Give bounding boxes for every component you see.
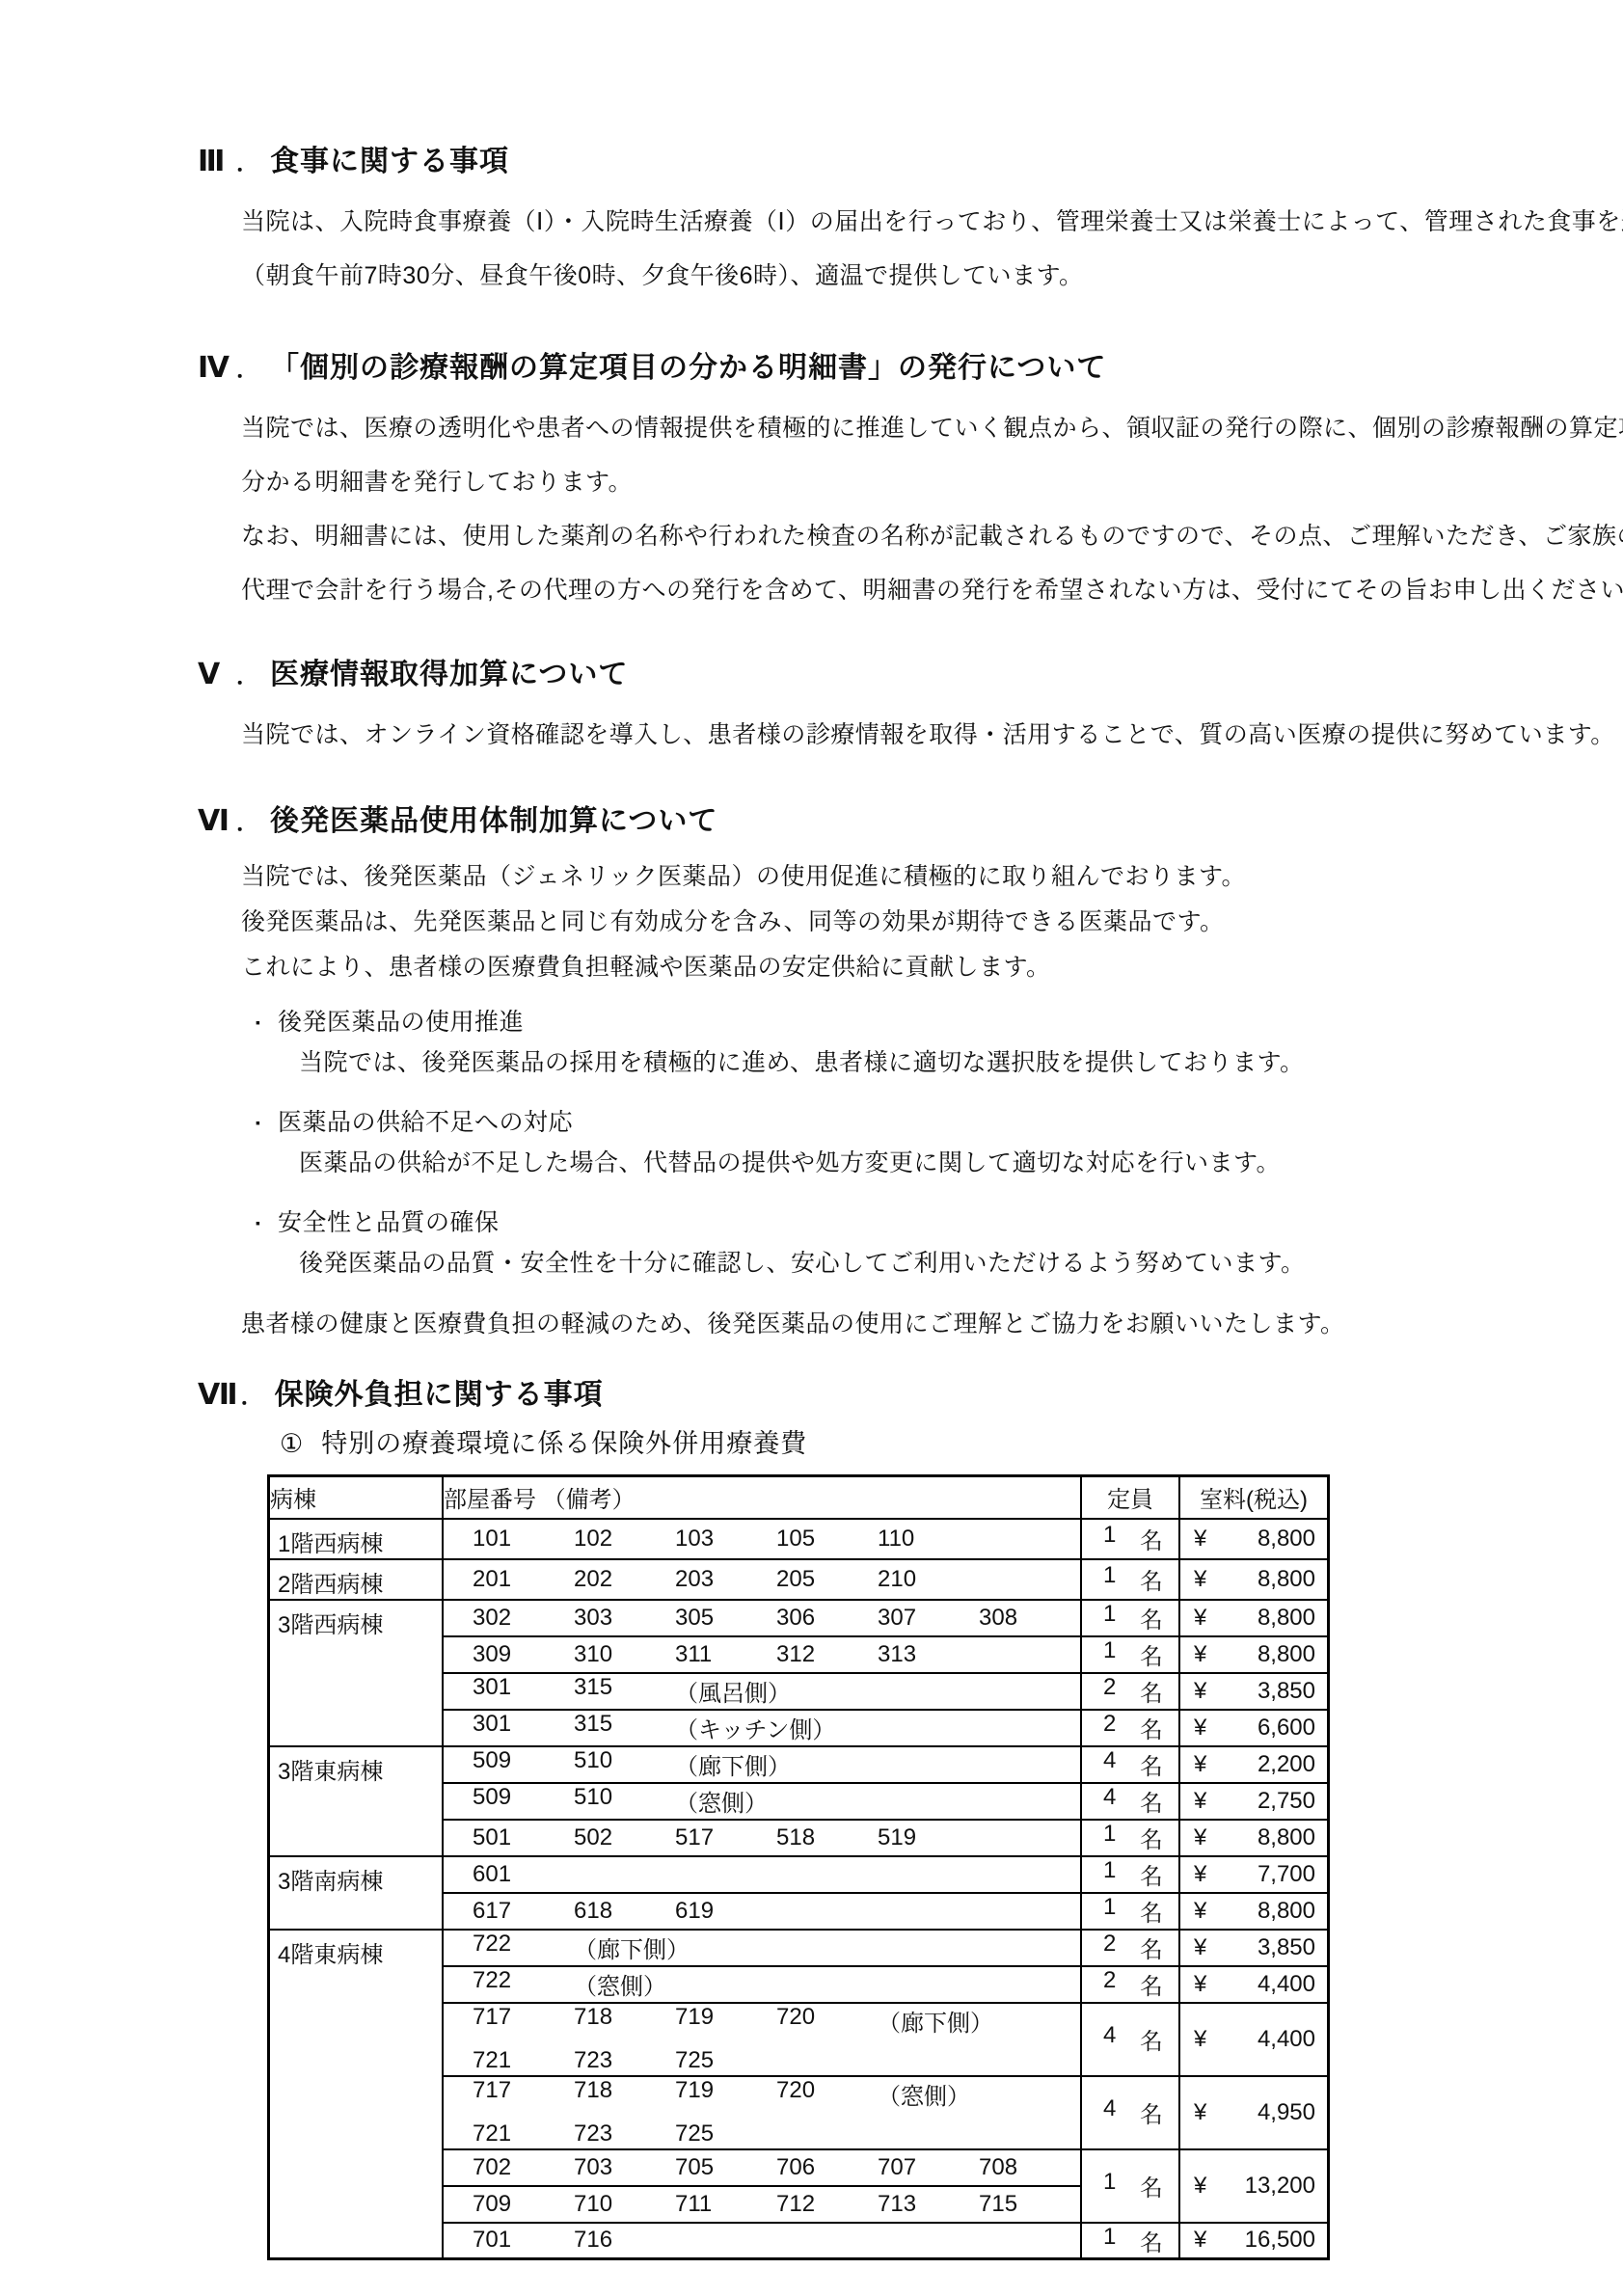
room-lines: 509510（廊下側） [473,1747,1080,1781]
paragraph-line: 分かる明細書を発行しております。 [241,455,1623,509]
currency-symbol: ¥ [1194,1641,1206,1668]
room-numbers-cell: 722（窓側） [443,1966,1081,2003]
room-number: 315 [574,1711,675,1744]
currency-symbol: ¥ [1194,2026,1206,2053]
price-value: ¥8,800 [1180,1641,1327,1668]
capacity-unit: 名 [1140,1674,1163,1708]
capacity-value: 1名 [1082,2224,1178,2257]
room-number: 618 [574,1898,675,1925]
room-lines: 722（廊下側） [473,1931,1080,1964]
currency-symbol: ¥ [1194,1934,1206,1961]
room-numbers-cell: 717718719720（廊下側）721723725 [443,2003,1081,2076]
room-number: 723 [574,2120,675,2147]
paragraph-line: （朝食午前7時30分、昼食午後0時、夕食午後6時）、適温で提供しています。 [241,249,1623,303]
table-row: 3階西病棟3023033053063073081名¥8,800 [269,1600,1329,1636]
room-number: 719 [675,2004,776,2038]
room-number-line: 701716 [473,2227,1080,2254]
special-room-subheading: ①特別の療養環境に係る保険外併用療養費 [280,1424,1623,1463]
currency-symbol: ¥ [1194,1971,1206,1998]
section-itemized-statement-heading: Ⅳ．「個別の診療報酬の算定項目の分かる明細書」の発行について [198,351,1623,388]
capacity-value: 1名 [1082,1821,1178,1854]
capacity-number: 4 [1103,2095,1116,2129]
room-numbers-cell: 301315（風呂側） [443,1673,1081,1710]
capacity-number: 1 [1103,1562,1116,1596]
price-cell: ¥2,750 [1179,1783,1329,1820]
heading-separator: ． [241,1380,265,1415]
capacity-unit: 名 [1140,1821,1163,1854]
room-number: 309 [473,1641,574,1668]
capacity-cell: 1名 [1081,1636,1179,1673]
capacity-unit: 名 [1140,1894,1163,1928]
section-itemized-statement: Ⅳ．「個別の診療報酬の算定項目の分かる明細書」の発行について 当院では、医療の透… [198,351,1623,617]
ward-cell: 3階西病棟 [269,1600,444,1746]
section-medical-info-body: 当院では、オンライン資格確認を導入し、患者様の診療情報を取得・活用することで、質… [241,708,1623,762]
bullet-title-row: ▪ 後発医薬品の使用推進 [256,1002,1623,1042]
capacity-value: 1名 [1082,1894,1178,1928]
section-generic-drugs: Ⅵ．後発医薬品使用体制加算について 当院では、後発医薬品（ジェネリック医薬品）の… [198,804,1623,1345]
room-number: 720 [776,2004,878,2038]
room-number-line: 302303305306307308 [473,1605,1080,1632]
price-cell: ¥4,950 [1179,2076,1329,2149]
room-number: 202 [574,1566,675,1593]
capacity-value: 1名 [1082,1522,1178,1555]
capacity-number: 4 [1103,1747,1116,1781]
section-generic-drugs-heading: Ⅵ．後発医薬品使用体制加算について [198,804,1623,841]
price-amount: 8,800 [1258,1526,1315,1553]
capacity-unit: 名 [1140,2169,1163,2202]
capacity-value: 2名 [1082,1711,1178,1744]
room-lines: 709710711712713715 [473,2191,1080,2218]
column-header-capacity: 定員 [1081,1476,1179,1519]
capacity-cell: 1名 [1081,1856,1179,1893]
capacity-value: 1名 [1082,2169,1178,2202]
paragraph-line: これにより、患者様の医療費負担軽減や医薬品の安定供給に貢献します。 [241,945,1623,990]
price-cell: ¥8,800 [1179,1519,1329,1559]
price-amount: 4,950 [1258,2099,1315,2126]
capacity-unit: 名 [1140,1857,1163,1891]
price-value: ¥6,600 [1180,1715,1327,1742]
room-charge-table-header: 病棟 部屋番号 （備考） 定員 室料(税込) [269,1476,1329,1519]
section-numeral: Ⅲ [198,145,234,179]
bullet-title: 安全性と品質の確保 [278,1202,500,1243]
capacity-number: 2 [1103,1931,1116,1964]
room-number: 716 [574,2227,675,2254]
room-number: 601 [473,1861,574,1888]
price-amount: 3,850 [1258,1678,1315,1705]
bullet-item-promotion: ▪ 後発医薬品の使用推進 当院では、後発医薬品の採用を積極的に進め、患者様に適切… [256,1002,1623,1083]
ward-cell: 3階東病棟 [269,1746,444,1856]
room-numbers-cell: 302303305306307308 [443,1600,1081,1636]
room-number: 203 [675,1566,776,1593]
room-lines: 701716 [473,2227,1080,2254]
room-number: 701 [473,2227,574,2254]
capacity-unit: 名 [1140,1747,1163,1781]
price-cell: ¥8,800 [1179,1893,1329,1930]
table-row: 2階西病棟2012022032052101名¥8,800 [269,1559,1329,1600]
ward-cell: 1階西病棟 [269,1519,444,1559]
price-value: ¥4,400 [1180,2026,1327,2053]
section-numeral: Ⅳ [198,351,234,386]
room-numbers-cell: 709710711712713715 [443,2186,1081,2223]
room-number: 718 [574,2004,675,2038]
room-number: 715 [979,2191,1080,2218]
capacity-value: 1名 [1082,1857,1178,1891]
bullet-title-row: ▪ 安全性と品質の確保 [256,1202,1623,1243]
price-value: ¥3,850 [1180,1678,1327,1705]
room-number: 510 [574,1747,675,1781]
room-lines: 309310311312313 [473,1641,1080,1668]
capacity-unit: 名 [1140,1931,1163,1964]
price-value: ¥8,800 [1180,1566,1327,1593]
room-lines: 717718719720（窓側）721723725 [473,2077,1080,2147]
section-meals-body: 当院は、入院時食事療養（Ⅰ）・入院時生活療養（Ⅰ）の届出を行っており、管理栄養士… [241,195,1623,303]
bullet-description: 当院では、後発医薬品の採用を積極的に進め、患者様に適切な選択肢を提供しております… [299,1042,1623,1083]
price-cell: ¥16,500 [1179,2223,1329,2259]
room-number: 619 [675,1898,776,1925]
room-number: 519 [878,1824,979,1851]
room-lines: 702703705706707708 [473,2154,1080,2181]
price-amount: 2,750 [1258,1788,1315,1815]
capacity-value: 1名 [1082,1562,1178,1596]
room-number: 517 [675,1824,776,1851]
currency-symbol: ¥ [1194,1715,1206,1742]
room-lines: 302303305306307308 [473,1605,1080,1632]
room-numbers-cell: 601 [443,1856,1081,1893]
room-note: （窓側） [574,1967,675,2001]
currency-symbol: ¥ [1194,1788,1206,1815]
room-number: 210 [878,1566,979,1593]
room-lines: 301315（風呂側） [473,1674,1080,1708]
capacity-cell: 1名 [1081,2223,1179,2259]
price-cell: ¥8,800 [1179,1600,1329,1636]
price-value: ¥8,800 [1180,1605,1327,1632]
room-number: 313 [878,1641,979,1668]
capacity-unit: 名 [1140,1601,1163,1634]
room-charge-table: 病棟 部屋番号 （備考） 定員 室料(税込) 1階西病棟101102103105… [267,1474,1330,2260]
capacity-number: 4 [1103,2022,1116,2056]
section-numeral: Ⅶ [198,1378,239,1413]
capacity-unit: 名 [1140,2224,1163,2257]
price-amount: 13,200 [1245,2173,1315,2200]
room-number-line: 722（廊下側） [473,1931,1080,1964]
room-number: 518 [776,1824,878,1851]
room-numbers-cell: 509510（窓側） [443,1783,1081,1820]
room-number: 308 [979,1605,1080,1632]
capacity-unit: 名 [1140,1637,1163,1671]
circled-one-marker: ① [280,1429,304,1458]
room-note: （廊下側） [878,2004,993,2038]
bullet-square-icon: ▪ [256,1102,260,1143]
room-lines: 717718719720（廊下側）721723725 [473,2004,1080,2074]
section-non-insurance-heading: Ⅶ．保険外負担に関する事項 [198,1378,1623,1415]
room-number: 721 [473,2047,574,2074]
room-number-line: 509510（窓側） [473,1784,1080,1818]
price-amount: 8,800 [1258,1566,1315,1593]
room-numbers-cell: 617618619 [443,1893,1081,1930]
price-cell: ¥8,800 [1179,1820,1329,1856]
capacity-value: 2名 [1082,1931,1178,1964]
capacity-unit: 名 [1140,1711,1163,1744]
header-row: 病棟 部屋番号 （備考） 定員 室料(税込) [269,1476,1329,1519]
currency-symbol: ¥ [1194,1751,1206,1778]
capacity-cell: 2名 [1081,1966,1179,2003]
currency-symbol: ¥ [1194,2173,1206,2200]
capacity-number: 2 [1103,1674,1116,1708]
generic-drug-bullet-list: ▪ 後発医薬品の使用推進 当院では、後発医薬品の採用を積極的に進め、患者様に適切… [256,1002,1623,1283]
table-row: 1階西病棟1011021031051101名¥8,800 [269,1519,1329,1559]
room-number: 510 [574,1784,675,1818]
capacity-cell: 2名 [1081,1710,1179,1746]
room-lines: 722（窓側） [473,1967,1080,2001]
room-number: 315 [574,1674,675,1708]
room-number: 705 [675,2154,776,2181]
capacity-unit: 名 [1140,1522,1163,1555]
room-number: 103 [675,1526,776,1553]
currency-symbol: ¥ [1194,2227,1206,2254]
room-numbers-cell: 701716 [443,2223,1081,2259]
room-number: 303 [574,1605,675,1632]
room-note: （窓側） [878,2077,979,2111]
paragraph-line: 当院では、オンライン資格確認を導入し、患者様の診療情報を取得・活用することで、質… [241,708,1623,762]
price-amount: 7,700 [1258,1861,1315,1888]
section-title: 後発医薬品使用体制加算について [270,805,717,837]
section-meals: Ⅲ．食事に関する事項 当院は、入院時食事療養（Ⅰ）・入院時生活療養（Ⅰ）の届出を… [198,145,1623,303]
bullet-description: 医薬品の供給が不足した場合、代替品の提供や処方変更に関して適切な対応を行います。 [299,1143,1623,1183]
room-number-line: 722（窓側） [473,1967,1080,2001]
room-number: 702 [473,2154,574,2181]
capacity-number: 1 [1103,2169,1116,2202]
bullet-item-safety: ▪ 安全性と品質の確保 後発医薬品の品質・安全性を十分に確認し、安心してご利用い… [256,1202,1623,1283]
price-value: ¥16,500 [1180,2227,1327,2254]
bullet-square-icon: ▪ [256,1202,260,1243]
price-amount: 3,850 [1258,1934,1315,1961]
room-lines: 617618619 [473,1898,1080,1925]
room-numbers-cell: 309310311312313 [443,1636,1081,1673]
bullet-item-shortage: ▪ 医薬品の供給不足への対応 医薬品の供給が不足した場合、代替品の提供や処方変更… [256,1102,1623,1183]
price-value: ¥8,800 [1180,1898,1327,1925]
room-note: （窓側） [675,1784,776,1818]
room-number: 719 [675,2077,776,2111]
room-note: （廊下側） [675,1747,791,1781]
price-cell: ¥3,850 [1179,1930,1329,1966]
room-number-line: 301315（風呂側） [473,1674,1080,1708]
section-title: 食事に関する事項 [270,146,509,177]
capacity-number: 2 [1103,1711,1116,1744]
price-amount: 8,800 [1258,1641,1315,1668]
price-amount: 8,800 [1258,1824,1315,1851]
capacity-value: 2名 [1082,1674,1178,1708]
capacity-cell: 1名 [1081,1820,1179,1856]
room-numbers-cell: 301315（キッチン側） [443,1710,1081,1746]
capacity-unit: 名 [1140,1562,1163,1596]
column-header-room: 部屋番号 （備考） [443,1476,1081,1519]
room-number: 301 [473,1674,574,1708]
section-medical-info-acquisition: Ⅴ．医療情報取得加算について 当院では、オンライン資格確認を導入し、患者様の診療… [198,658,1623,762]
capacity-cell: 4名 [1081,2003,1179,2076]
price-value: ¥4,400 [1180,1971,1327,1998]
bullet-title: 後発医薬品の使用推進 [278,1002,524,1042]
table-row: 3階南病棟6011名¥7,700 [269,1856,1329,1893]
room-note: （風呂側） [675,1674,791,1708]
ward-cell: 3階南病棟 [269,1856,444,1930]
room-number: 201 [473,1566,574,1593]
room-table-body: 1階西病棟1011021031051101名¥8,8002階西病棟2012022… [269,1519,1329,2259]
heading-separator: ． [236,660,260,694]
currency-symbol: ¥ [1194,1526,1206,1553]
room-number: 712 [776,2191,878,2218]
capacity-value: 4名 [1082,2095,1178,2129]
paragraph-line: 後発医薬品は、先発医薬品と同じ有効成分を含み、同等の効果が期待できる医薬品です。 [241,900,1623,945]
capacity-cell: 4名 [1081,2076,1179,2149]
capacity-unit: 名 [1140,2022,1163,2056]
room-number: 305 [675,1605,776,1632]
price-cell: ¥6,600 [1179,1710,1329,1746]
capacity-value: 1名 [1082,1637,1178,1671]
room-number: 706 [776,2154,878,2181]
room-number: 306 [776,1605,878,1632]
room-number-line: 717718719720（窓側） [473,2077,1080,2111]
column-header-price: 室料(税込) [1179,1476,1329,1519]
price-amount: 16,500 [1245,2227,1315,2254]
currency-symbol: ¥ [1194,2099,1206,2126]
room-note: （廊下側） [574,1931,690,1964]
section-non-insurance-charges: Ⅶ．保険外負担に関する事項 ①特別の療養環境に係る保険外併用療養費 病棟 部屋番… [198,1378,1623,2260]
price-value: ¥8,800 [1180,1824,1327,1851]
price-cell: ¥2,200 [1179,1746,1329,1783]
currency-symbol: ¥ [1194,1566,1206,1593]
price-value: ¥8,800 [1180,1526,1327,1553]
price-amount: 8,800 [1258,1898,1315,1925]
section-generic-drugs-body: 当院では、後発医薬品（ジェネリック医薬品）の使用促進に積極的に取り組んでおります… [241,854,1623,990]
room-number: 311 [675,1641,776,1668]
heading-separator: ． [236,806,260,841]
room-numbers-cell: 702703705706707708 [443,2149,1081,2186]
capacity-value: 1名 [1082,1601,1178,1634]
section-title: 「個別の診療報酬の算定項目の分かる明細書」の発行について [270,352,1106,384]
room-lines: 201202203205210 [473,1566,1080,1593]
price-amount: 2,200 [1258,1751,1315,1778]
currency-symbol: ¥ [1194,1898,1206,1925]
column-header-ward: 病棟 [269,1476,444,1519]
currency-symbol: ¥ [1194,1824,1206,1851]
currency-symbol: ¥ [1194,1605,1206,1632]
room-numbers-cell: 509510（廊下側） [443,1746,1081,1783]
ward-cell: 2階西病棟 [269,1559,444,1600]
capacity-number: 1 [1103,1522,1116,1555]
capacity-number: 1 [1103,1821,1116,1854]
paragraph-line: なお、明細書には、使用した薬剤の名称や行われた検査の名称が記載されるものですので… [241,509,1623,563]
room-number-line: 617618619 [473,1898,1080,1925]
capacity-cell: 1名 [1081,2149,1179,2223]
room-number: 301 [473,1711,574,1744]
section-meals-heading: Ⅲ．食事に関する事項 [198,145,1623,181]
section-title: 保険外負担に関する事項 [275,1379,604,1411]
bullet-title: 医薬品の供給不足への対応 [278,1102,573,1143]
room-number: 110 [878,1526,979,1553]
room-number: 302 [473,1605,574,1632]
capacity-number: 2 [1103,1967,1116,2001]
room-number: 105 [776,1526,878,1553]
room-number: 502 [574,1824,675,1851]
bullet-description: 後発医薬品の品質・安全性を十分に確認し、安心してご利用いただけるよう努めています… [299,1243,1623,1283]
price-value: ¥2,200 [1180,1751,1327,1778]
room-number: 722 [473,1967,574,2001]
paragraph-line: 代理で会計を行う場合,その代理の方への発行を含めて、明細書の発行を希望されない方… [241,563,1623,617]
room-lines: 101102103105110 [473,1526,1080,1553]
section-numeral: Ⅵ [198,804,234,839]
price-amount: 6,600 [1258,1715,1315,1742]
room-number: 708 [979,2154,1080,2181]
price-amount: 8,800 [1258,1605,1315,1632]
room-lines: 301315（キッチン側） [473,1711,1080,1744]
room-lines: 501502517518519 [473,1824,1080,1851]
room-number-line: 309310311312313 [473,1641,1080,1668]
capacity-unit: 名 [1140,1967,1163,2001]
room-number-line: 702703705706707708 [473,2154,1080,2181]
capacity-number: 1 [1103,2224,1116,2257]
price-cell: ¥8,800 [1179,1636,1329,1673]
bullet-title-row: ▪ 医薬品の供給不足への対応 [256,1102,1623,1143]
room-number: 720 [776,2077,878,2111]
capacity-number: 1 [1103,1601,1116,1634]
bullet-square-icon: ▪ [256,1002,260,1042]
capacity-number: 1 [1103,1894,1116,1928]
room-number: 617 [473,1898,574,1925]
currency-symbol: ¥ [1194,1678,1206,1705]
room-number: 703 [574,2154,675,2181]
room-number: 102 [574,1526,675,1553]
room-number: 509 [473,1747,574,1781]
capacity-cell: 2名 [1081,1930,1179,1966]
room-number-line: 101102103105110 [473,1526,1080,1553]
capacity-cell: 1名 [1081,1600,1179,1636]
room-number-line: 501502517518519 [473,1824,1080,1851]
price-cell: ¥4,400 [1179,2003,1329,2076]
capacity-value: 2名 [1082,1967,1178,2001]
room-number: 725 [675,2047,776,2074]
room-number: 713 [878,2191,979,2218]
room-numbers-cell: 722（廊下側） [443,1930,1081,1966]
price-value: ¥13,200 [1180,2173,1327,2200]
room-number: 310 [574,1641,675,1668]
document-page: Ⅲ．食事に関する事項 当院は、入院時食事療養（Ⅰ）・入院時生活療養（Ⅰ）の届出を… [0,0,1623,2296]
room-number: 717 [473,2004,574,2038]
paragraph-line: 当院では、後発医薬品（ジェネリック医薬品）の使用促進に積極的に取り組んでおります… [241,854,1623,900]
room-number-line: 509510（廊下側） [473,1747,1080,1781]
capacity-number: 1 [1103,1637,1116,1671]
price-amount: 4,400 [1258,1971,1315,1998]
room-number: 709 [473,2191,574,2218]
capacity-value: 4名 [1082,2022,1178,2056]
section-itemized-statement-body: 当院では、医療の透明化や患者への情報提供を積極的に推進していく観点から、領収証の… [241,401,1623,617]
room-number-line: 201202203205210 [473,1566,1080,1593]
room-number: 101 [473,1526,574,1553]
price-amount: 4,400 [1258,2026,1315,2053]
heading-separator: ． [236,353,260,388]
table-row: 4階東病棟722（廊下側）2名¥3,850 [269,1930,1329,1966]
paragraph-line: 当院では、医療の透明化や患者への情報提供を積極的に推進していく観点から、領収証の… [241,401,1623,455]
price-value: ¥7,700 [1180,1861,1327,1888]
paragraph-line: 当院は、入院時食事療養（Ⅰ）・入院時生活療養（Ⅰ）の届出を行っており、管理栄養士… [241,195,1623,249]
section-numeral: Ⅴ [198,658,234,692]
room-number: 307 [878,1605,979,1632]
price-cell: ¥13,200 [1179,2149,1329,2223]
room-number: 722 [473,1931,574,1964]
capacity-number: 1 [1103,1857,1116,1891]
price-cell: ¥3,850 [1179,1673,1329,1710]
currency-symbol: ¥ [1194,1861,1206,1888]
generic-drugs-closing-line: 患者様の健康と医療費負担の軽減のため、後発医薬品の使用にご理解とご協力をお願いい… [241,1303,1623,1345]
